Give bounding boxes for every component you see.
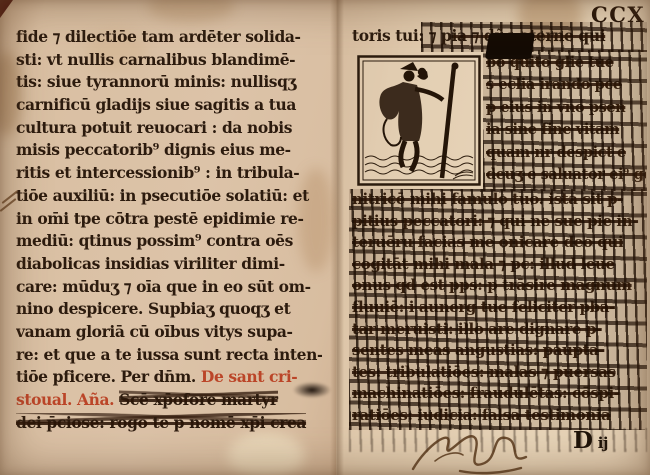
text-line: dei p̄ciose: rogo te p nomē xp̄i crea — [16, 412, 322, 435]
text-line: misis peccatorib⁹ dignis eius me- — [16, 139, 322, 162]
text-line: ritis et intercessionib⁹ : in tribula- — [16, 162, 322, 185]
censor-lattice — [483, 50, 647, 191]
text-line: mediū: qtinus possim⁹ contra oēs — [16, 230, 322, 253]
text-line: tis: siue tyrannorū minis: nullisqʒ — [16, 71, 322, 94]
text-line: tiōe auxiliū: in psecutiōe solatiū: et — [16, 185, 322, 208]
stain — [228, 432, 304, 475]
saint-christopher-woodcut — [357, 55, 481, 186]
text-line: fide ⁊ dilectiōe tam ardēter solida- — [16, 26, 322, 49]
text-line: in om̄i tpe cōtra pestē epidimie re- — [16, 208, 322, 231]
text-line: stoual. Aña. Scē xp̄ofore martyr — [16, 389, 322, 412]
censored-struck-text: Scē xp̄ofore martyr — [119, 390, 277, 409]
ink-smudge — [293, 382, 331, 398]
text-line: cultura potuit reuocari : da nobis — [16, 117, 322, 140]
text-line: vanam gloriā cū oībus vitys supa- — [16, 321, 322, 344]
text-line: care: mūduʒ ⁊ oīa que in eo sūt om- — [16, 276, 322, 299]
rubric-red-text: stoual. Aña. — [16, 390, 119, 409]
signature-numeral: ij — [598, 434, 608, 452]
censored-struck-text: dei p̄ciose: rogo te p nomē xp̄i crea — [16, 413, 306, 432]
text-line: nino despicere. Supbiaʒ quoqʒ et — [16, 298, 322, 321]
book-scan: fide ⁊ dilectiōe tam ardēter solida- sti… — [0, 0, 650, 475]
signature-letter: D — [573, 427, 593, 454]
text-line: carnificū gladijs siue sagitis a tua — [16, 94, 322, 117]
left-page-text-block: fide ⁊ dilectiōe tam ardēter solida- sti… — [16, 26, 322, 434]
text-line: tiōe pficere. Per dn̄m. De sant cri- — [16, 366, 322, 389]
text-line: sti: vt nullis carnalibus blandimē- — [16, 49, 322, 72]
rubric-red-text: De sant cri- — [201, 367, 297, 386]
flourish-drawing — [405, 423, 555, 475]
quire-signature: D ij — [573, 427, 608, 454]
censor-ink-blob — [485, 33, 535, 59]
text-line: diabolicas insidias viriliter dimi- — [16, 253, 322, 276]
text-line: re: et que a te iussa sunt recta inten- — [16, 344, 322, 367]
handwritten-ink-flourish — [405, 423, 555, 475]
text-segment: tiōe pficere. Per dn̄m. — [16, 367, 201, 386]
woodcut-image — [357, 55, 481, 186]
censor-lattice — [349, 189, 647, 430]
